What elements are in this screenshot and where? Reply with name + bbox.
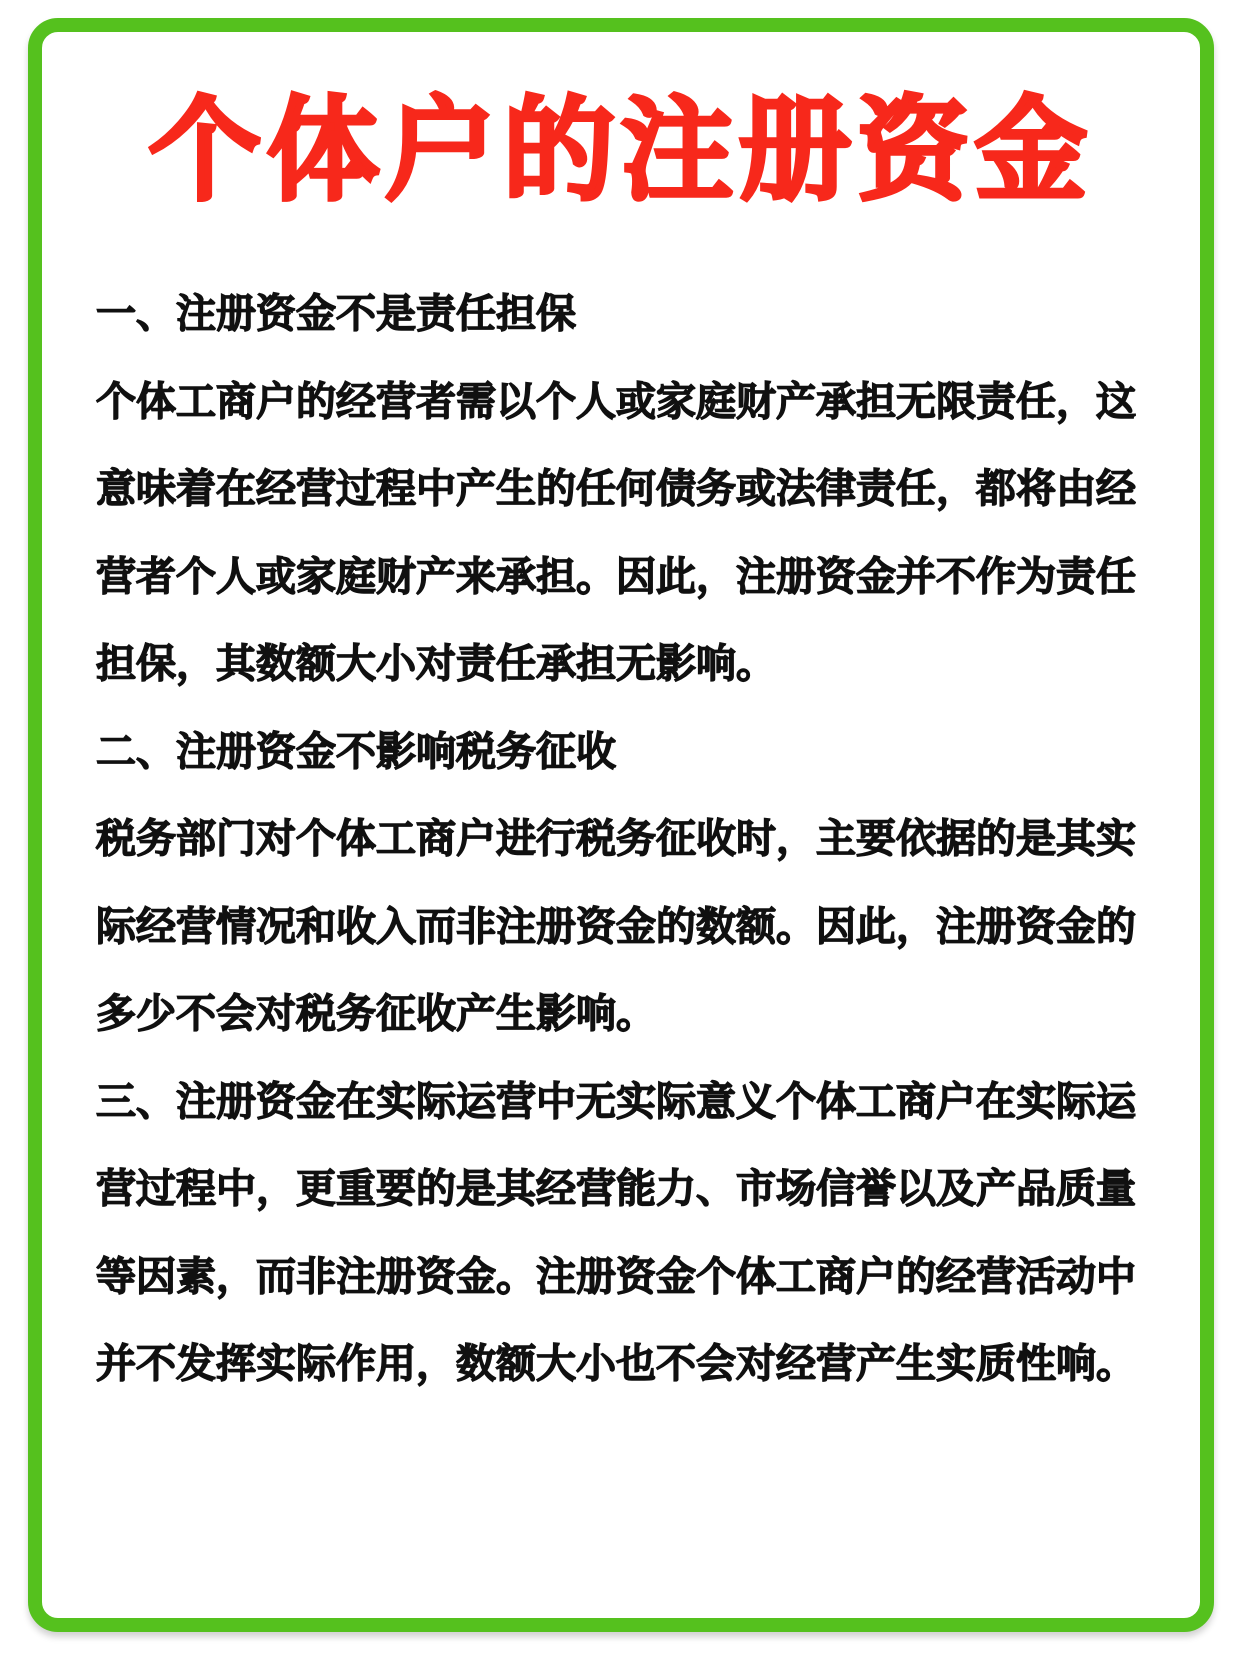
text-line: 等因素，而非注册资金。注册资金个体工商户的经营活动中 (96, 1234, 1146, 1322)
text-line: 并不发挥实际作用，数额大小也不会对经营产生实质性响。 (96, 1321, 1146, 1409)
article-body: 一、注册资金不是责任担保 个体工商户的经营者需以个人或家庭财产承担无限责任，这 … (42, 271, 1200, 1409)
text-line: 际经营情况和收入而非注册资金的数额。因此，注册资金的 (96, 884, 1146, 972)
text-line: 多少不会对税务征收产生影响。 (96, 971, 1146, 1059)
section-heading: 二、注册资金不影响税务征收 (96, 709, 1146, 797)
green-border-card: 个体户的注册资金 一、注册资金不是责任担保 个体工商户的经营者需以个人或家庭财产… (28, 18, 1214, 1632)
text-line: 营过程中，更重要的是其经营能力、市场信誉以及产品质量 (96, 1146, 1146, 1234)
section-heading: 三、注册资金在实际运营中无实际意义个体工商户在实际运 (96, 1059, 1146, 1147)
text-line: 担保，其数额大小对责任承担无影响。 (96, 621, 1146, 709)
text-line: 营者个人或家庭财产来承担。因此，注册资金并不作为责任 (96, 534, 1146, 622)
info-card-page: 个体户的注册资金 一、注册资金不是责任担保 个体工商户的经营者需以个人或家庭财产… (0, 0, 1242, 1656)
text-line: 个体工商户的经营者需以个人或家庭财产承担无限责任，这 (96, 359, 1146, 447)
text-line: 税务部门对个体工商户进行税务征收时，主要依据的是其实 (96, 796, 1146, 884)
text-line: 意味着在经营过程中产生的任何债务或法律责任，都将由经 (96, 446, 1146, 534)
page-title: 个体户的注册资金 (42, 88, 1200, 213)
section-heading: 一、注册资金不是责任担保 (96, 271, 1146, 359)
